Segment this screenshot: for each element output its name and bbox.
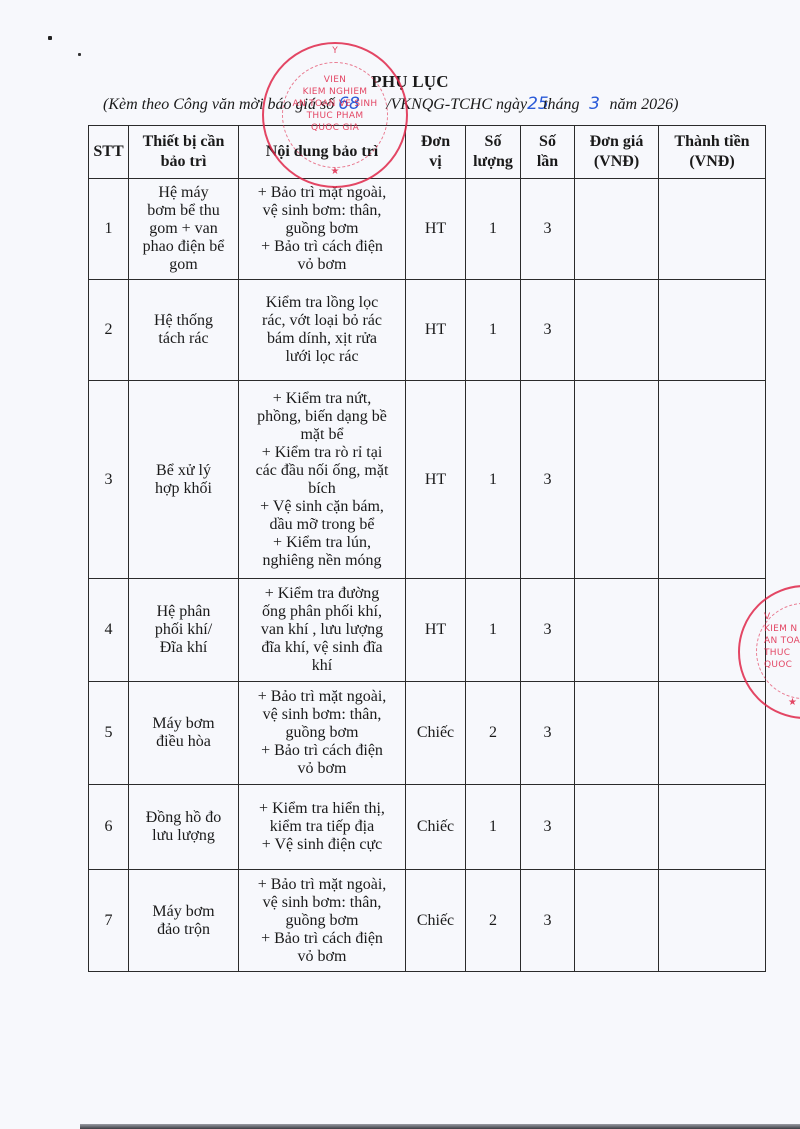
times-cell: 3 [521, 870, 575, 972]
header-unit: Đơn vị [406, 126, 466, 179]
total-cell [659, 785, 766, 870]
row-number: 3 [89, 381, 129, 579]
seal-text-line: V [764, 611, 800, 623]
header-times: Số lần [521, 126, 575, 179]
handwritten-day: 25 [527, 94, 543, 114]
times-cell: 3 [521, 579, 575, 682]
unit-cell: HT [406, 280, 466, 381]
document-subtitle: (Kèm theo Công văn mời báo giá số 68 /VK… [103, 94, 678, 114]
device-name-cell: Hệ thống tách rác [129, 280, 239, 381]
star-icon: ★ [788, 697, 797, 708]
unit-cell: HT [406, 579, 466, 682]
header-device: Thiết bị cần bảo trì [129, 126, 239, 179]
unit-price-cell [575, 579, 659, 682]
table-row: 6Đồng hồ đo lưu lượng+ Kiểm tra hiển thị… [89, 785, 766, 870]
seal-text-line: AN TOAN [764, 635, 800, 647]
page-edge-shadow [80, 1124, 800, 1129]
device-name-cell: Hệ máy bơm bể thu gom + van phao điện bể… [129, 179, 239, 280]
unit-price-cell [575, 179, 659, 280]
quantity-cell: 1 [466, 785, 521, 870]
page-title: PHỤ LỤC [0, 72, 800, 92]
subtitle-middle: /VKNQG-TCHC ngày [386, 96, 527, 113]
times-cell: 3 [521, 785, 575, 870]
handwritten-document-number: 68 [338, 94, 382, 114]
unit-cell: Chiếc [406, 682, 466, 785]
device-name-cell: Đồng hồ đo lưu lượng [129, 785, 239, 870]
quantity-cell: 1 [466, 579, 521, 682]
unit-cell: HT [406, 179, 466, 280]
subtitle-prefix: (Kèm theo Công văn mời báo giá số [103, 96, 334, 113]
row-number: 7 [89, 870, 129, 972]
quantity-cell: 1 [466, 179, 521, 280]
quantity-cell: 1 [466, 381, 521, 579]
table-row: 2Hệ thống tách rácKiểm tra lồng lọc rác,… [89, 280, 766, 381]
seal-text-line: KIEM N [764, 623, 800, 635]
maintenance-content-cell: + Kiểm tra đường ống phân phối khí, van … [239, 579, 406, 682]
table-row: 5Máy bơm điều hòa+ Bảo trì mặt ngoài, vệ… [89, 682, 766, 785]
subtitle-suffix: năm 2026) [610, 96, 679, 113]
unit-cell: Chiếc [406, 870, 466, 972]
header-quantity: Số lượng [466, 126, 521, 179]
total-cell [659, 870, 766, 972]
unit-price-cell [575, 682, 659, 785]
unit-price-cell [575, 870, 659, 972]
header-total: Thành tiền (VNĐ) [659, 126, 766, 179]
scan-speck [78, 53, 81, 56]
table-row: 4Hệ phân phối khí/ Đĩa khí+ Kiểm tra đườ… [89, 579, 766, 682]
row-number: 4 [89, 579, 129, 682]
row-number: 1 [89, 179, 129, 280]
times-cell: 3 [521, 682, 575, 785]
seal-text-line: THUC [764, 647, 800, 659]
seal-top-mark: Y [264, 46, 406, 56]
total-cell [659, 280, 766, 381]
row-number: 6 [89, 785, 129, 870]
header-unit-price: Đơn giá (VNĐ) [575, 126, 659, 179]
quantity-cell: 1 [466, 280, 521, 381]
unit-price-cell [575, 381, 659, 579]
device-name-cell: Bể xử lý hợp khối [129, 381, 239, 579]
quantity-cell: 2 [466, 870, 521, 972]
total-cell [659, 381, 766, 579]
maintenance-content-cell: + Kiểm tra nứt, phồng, biến dạng bề mặt … [239, 381, 406, 579]
unit-cell: HT [406, 381, 466, 579]
total-cell [659, 579, 766, 682]
quantity-cell: 2 [466, 682, 521, 785]
maintenance-table: STTThiết bị cần bảo trìNội dung bảo trìĐ… [88, 125, 766, 972]
table-row: 1Hệ máy bơm bể thu gom + van phao điện b… [89, 179, 766, 280]
subtitle-month-label: tháng [543, 96, 579, 113]
table-header-row: STTThiết bị cần bảo trìNội dung bảo trìĐ… [89, 126, 766, 179]
times-cell: 3 [521, 280, 575, 381]
seal-text-line: QUOC [764, 659, 800, 671]
row-number: 5 [89, 682, 129, 785]
row-number: 2 [89, 280, 129, 381]
unit-price-cell [575, 785, 659, 870]
maintenance-content-cell: + Kiểm tra hiển thị, kiểm tra tiếp địa +… [239, 785, 406, 870]
device-name-cell: Máy bơm đảo trộn [129, 870, 239, 972]
unit-price-cell [575, 280, 659, 381]
table-body: 1Hệ máy bơm bể thu gom + van phao điện b… [89, 179, 766, 972]
maintenance-content-cell: + Bảo trì mặt ngoài, vệ sinh bơm: thân, … [239, 682, 406, 785]
device-name-cell: Hệ phân phối khí/ Đĩa khí [129, 579, 239, 682]
device-name-cell: Máy bơm điều hòa [129, 682, 239, 785]
maintenance-content-cell: + Bảo trì mặt ngoài, vệ sinh bơm: thân, … [239, 179, 406, 280]
header-stt: STT [89, 126, 129, 179]
handwritten-month: 3 [584, 94, 606, 114]
times-cell: 3 [521, 179, 575, 280]
maintenance-content-cell: Kiểm tra lồng lọc rác, vớt loại bỏ rác b… [239, 280, 406, 381]
table-row: 7Máy bơm đảo trộn+ Bảo trì mặt ngoài, vệ… [89, 870, 766, 972]
total-cell [659, 682, 766, 785]
unit-cell: Chiếc [406, 785, 466, 870]
table-row: 3Bể xử lý hợp khối+ Kiểm tra nứt, phồng,… [89, 381, 766, 579]
maintenance-content-cell: + Bảo trì mặt ngoài, vệ sinh bơm: thân, … [239, 870, 406, 972]
times-cell: 3 [521, 381, 575, 579]
total-cell [659, 179, 766, 280]
seal-text: VKIEM NAN TOANTHUCQUOC [764, 611, 800, 671]
scan-speck [48, 36, 52, 40]
header-content: Nội dung bảo trì [239, 126, 406, 179]
